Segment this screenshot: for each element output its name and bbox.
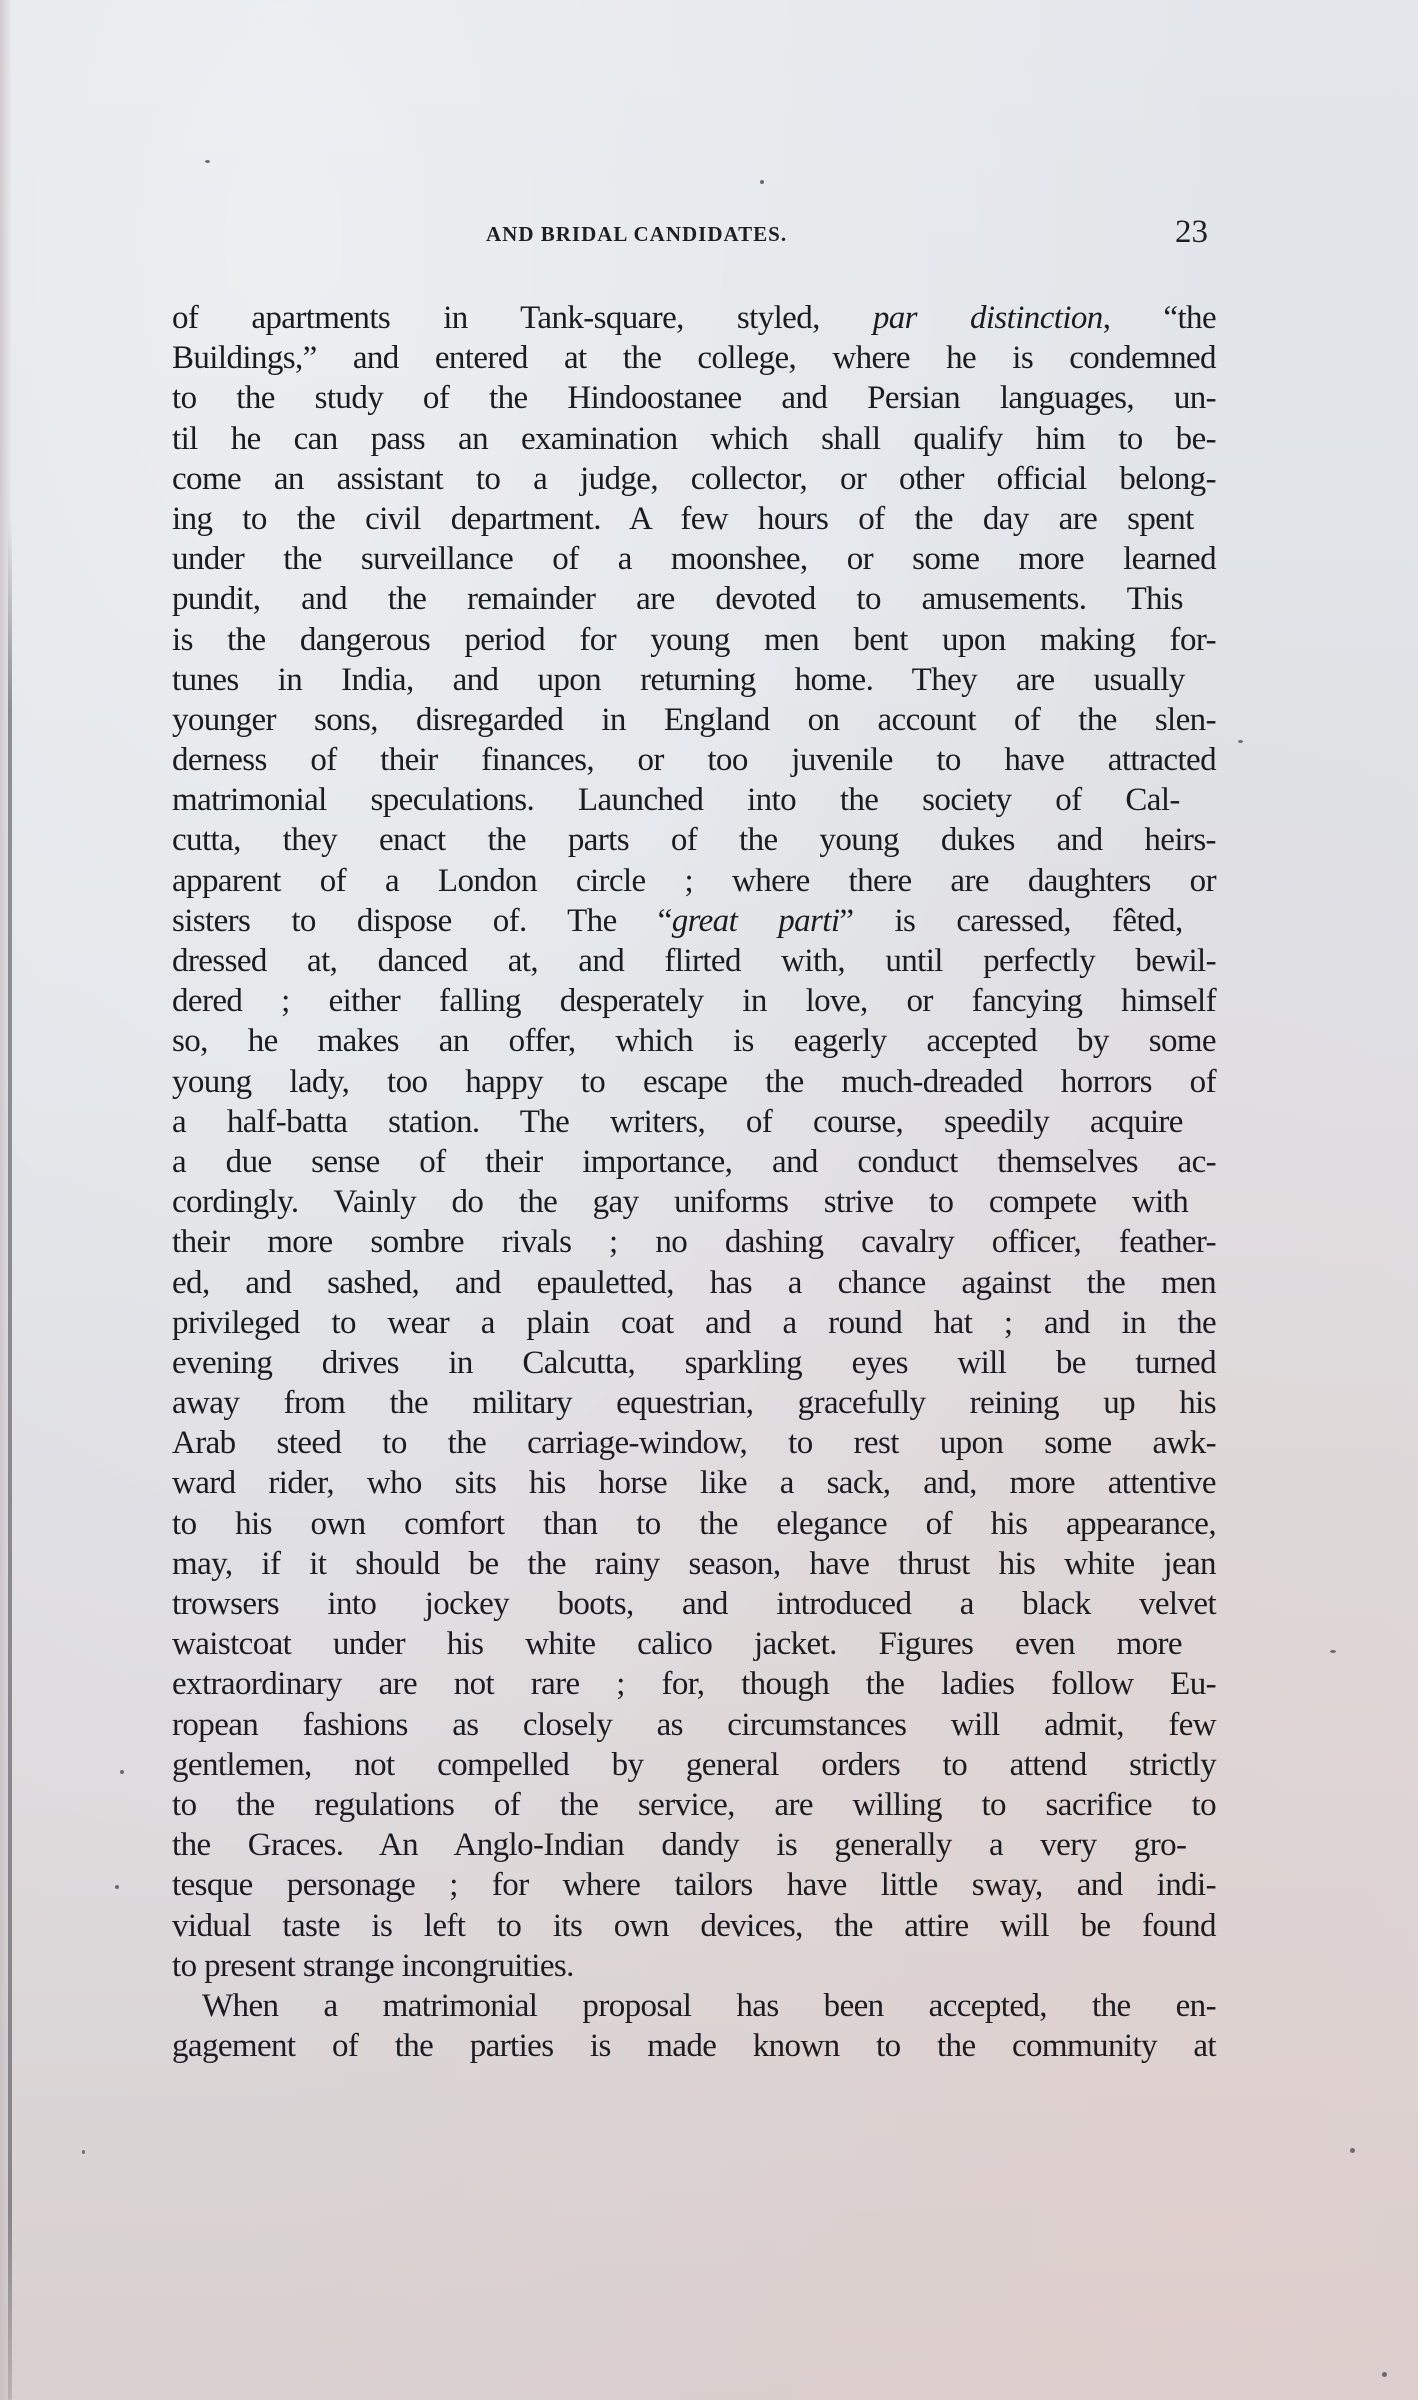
paper-speck <box>1238 740 1243 743</box>
paper-speck <box>120 1770 124 1774</box>
text-line: of apartments in Tank-square, styled, pa… <box>172 298 1216 338</box>
paper-speck <box>1382 2372 1387 2377</box>
text-line: Buildings,” and entered at the college, … <box>172 338 1216 378</box>
text-line: dered ; either falling desperately in lo… <box>172 981 1216 1021</box>
paper-speck <box>760 180 764 184</box>
text-line: derness of their finances, or too juveni… <box>172 740 1216 780</box>
paper-speck <box>1350 2148 1355 2153</box>
text-line: cordingly. Vainly do the gay uniforms st… <box>172 1182 1216 1222</box>
text-line: under the surveillance of a moonshee, or… <box>172 539 1216 579</box>
text-line: apparent of a London circle ; where ther… <box>172 861 1216 901</box>
text-line: til he can pass an examination which sha… <box>172 419 1216 459</box>
text-line: away from the military equestrian, grace… <box>172 1383 1216 1423</box>
text-line: trowsers into jockey boots, and introduc… <box>172 1584 1216 1624</box>
text-line: cutta, they enact the parts of the young… <box>172 820 1216 860</box>
text-line: evening drives in Calcutta, sparkling ey… <box>172 1343 1216 1383</box>
body-text: of apartments in Tank-square, styled, pa… <box>172 298 1216 2066</box>
text-line: ing to the civil department. A few hours… <box>172 499 1216 539</box>
text-line: waistcoat under his white calico jacket.… <box>172 1624 1216 1664</box>
paper-speck <box>205 160 210 163</box>
text-line: the Graces. An Anglo-Indian dandy is gen… <box>172 1825 1216 1865</box>
paper-speck <box>1330 1650 1336 1653</box>
paragraph-end-line: to present strange incongruities. <box>172 1946 1216 1986</box>
page-binding-edge <box>8 520 12 2400</box>
paragraph-start-line: When a matrimonial proposal has been acc… <box>172 1986 1216 2026</box>
text-line: Arab steed to the carriage-window, to re… <box>172 1423 1216 1463</box>
text-line: younger sons, disregarded in England on … <box>172 700 1216 740</box>
text-line: tesque personage ; for where tailors hav… <box>172 1865 1216 1905</box>
text-line: so, he makes an offer, which is eagerly … <box>172 1021 1216 1061</box>
page-number: 23 <box>1175 214 1208 251</box>
text-line: a due sense of their importance, and con… <box>172 1142 1216 1182</box>
italic-phrase: great parti <box>672 903 840 939</box>
text-line: privileged to wear a plain coat and a ro… <box>172 1303 1216 1343</box>
text-line: vidual taste is left to its own devices,… <box>172 1906 1216 1946</box>
italic-phrase: par distinction <box>873 300 1103 336</box>
text-line: to the study of the Hindoostanee and Per… <box>172 378 1216 418</box>
text-line: to the regulations of the service, are w… <box>172 1785 1216 1825</box>
text-line: ward rider, who sits his horse like a sa… <box>172 1463 1216 1503</box>
paper-speck <box>82 2150 85 2154</box>
book-page: AND BRIDAL CANDIDATES. 23 of apartments … <box>0 0 1418 2400</box>
text-line: to his own comfort than to the elegance … <box>172 1504 1216 1544</box>
text-line: young lady, too happy to escape the much… <box>172 1062 1216 1102</box>
text-line: is the dangerous period for young men be… <box>172 620 1216 660</box>
paper-speck <box>115 1885 119 1889</box>
text-line: may, if it should be the rainy season, h… <box>172 1544 1216 1584</box>
running-head: AND BRIDAL CANDIDATES. <box>486 222 787 247</box>
text-line: gagement of the parties is made known to… <box>172 2026 1216 2066</box>
text-line: a half-batta station. The writers, of co… <box>172 1102 1216 1142</box>
text-line: ed, and sashed, and epauletted, has a ch… <box>172 1263 1216 1303</box>
text-line: extraordinary are not rare ; for, though… <box>172 1664 1216 1704</box>
text-line: pundit, and the remainder are devoted to… <box>172 579 1216 619</box>
text-line: dressed at, danced at, and flirted with,… <box>172 941 1216 981</box>
text-line: come an assistant to a judge, collector,… <box>172 459 1216 499</box>
text-line: ropean fashions as closely as circumstan… <box>172 1705 1216 1745</box>
text-line: tunes in India, and upon returning home.… <box>172 660 1216 700</box>
text-line: gentlemen, not compelled by general orde… <box>172 1745 1216 1785</box>
text-line: sisters to dispose of. The “great parti”… <box>172 901 1216 941</box>
text-line: their more sombre rivals ; no dashing ca… <box>172 1222 1216 1262</box>
text-line: matrimonial speculations. Launched into … <box>172 780 1216 820</box>
